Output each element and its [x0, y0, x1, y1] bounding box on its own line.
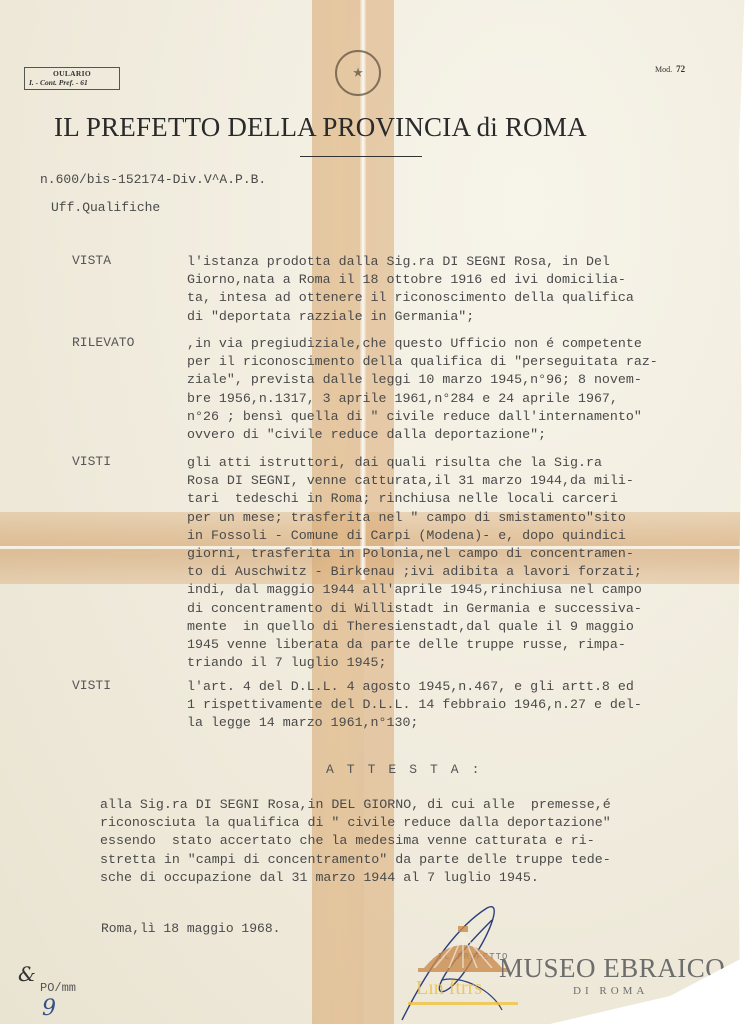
section-label: VISTA	[72, 253, 111, 268]
protocol-reference: n.600/bis-152174-Div.V^A.P.B.	[40, 172, 266, 187]
model-value: 72	[676, 64, 685, 74]
document-title: IL PREFETTO DELLA PROVINCIA di ROMA	[54, 112, 587, 143]
typist-initials: PO/mm	[40, 981, 76, 995]
section-body: ,in via pregiudiziale,che questo Ufficio…	[187, 335, 747, 444]
section-label: VISTI	[72, 454, 111, 469]
section-label: RILEVATO	[72, 335, 134, 350]
form-number-box: OULARIO I. - Cont. Pref. - 61	[24, 67, 120, 90]
section-body: gli atti istruttori, dai quali risulta c…	[187, 454, 747, 672]
office-name: Uff.Qualifiche	[51, 200, 160, 215]
model-label: Mod.	[655, 65, 672, 74]
title-underline	[300, 156, 422, 157]
museum-watermark-subtitle: DI ROMA	[573, 985, 648, 997]
italian-republic-emblem-icon	[335, 50, 381, 96]
section-body: l'istanza prodotta dalla Sig.ra DI SEGNI…	[187, 253, 747, 326]
section-label: VISTI	[72, 678, 111, 693]
section-body: l'art. 4 del D.L.L. 4 agosto 1945,n.467,…	[187, 678, 747, 733]
handwritten-number: 9	[42, 996, 56, 1021]
attestation-body: alla Sig.ra DI SEGNI Rosa,in DEL GIORNO,…	[100, 796, 611, 887]
svg-text:Lın ftrrs: Lın ftrrs	[416, 977, 482, 999]
form-box-line-1: OULARIO	[29, 69, 115, 78]
attesta-heading: ATTESTA:	[326, 762, 492, 777]
museum-watermark-name: MUSEO EBRAICO	[499, 953, 725, 984]
place-and-date: Roma,lì 18 maggio 1968.	[101, 921, 280, 936]
form-box-line-2: I. - Cont. Pref. - 61	[29, 78, 115, 87]
handwritten-mark: &	[18, 962, 36, 986]
model-number: Mod.72	[655, 64, 685, 74]
